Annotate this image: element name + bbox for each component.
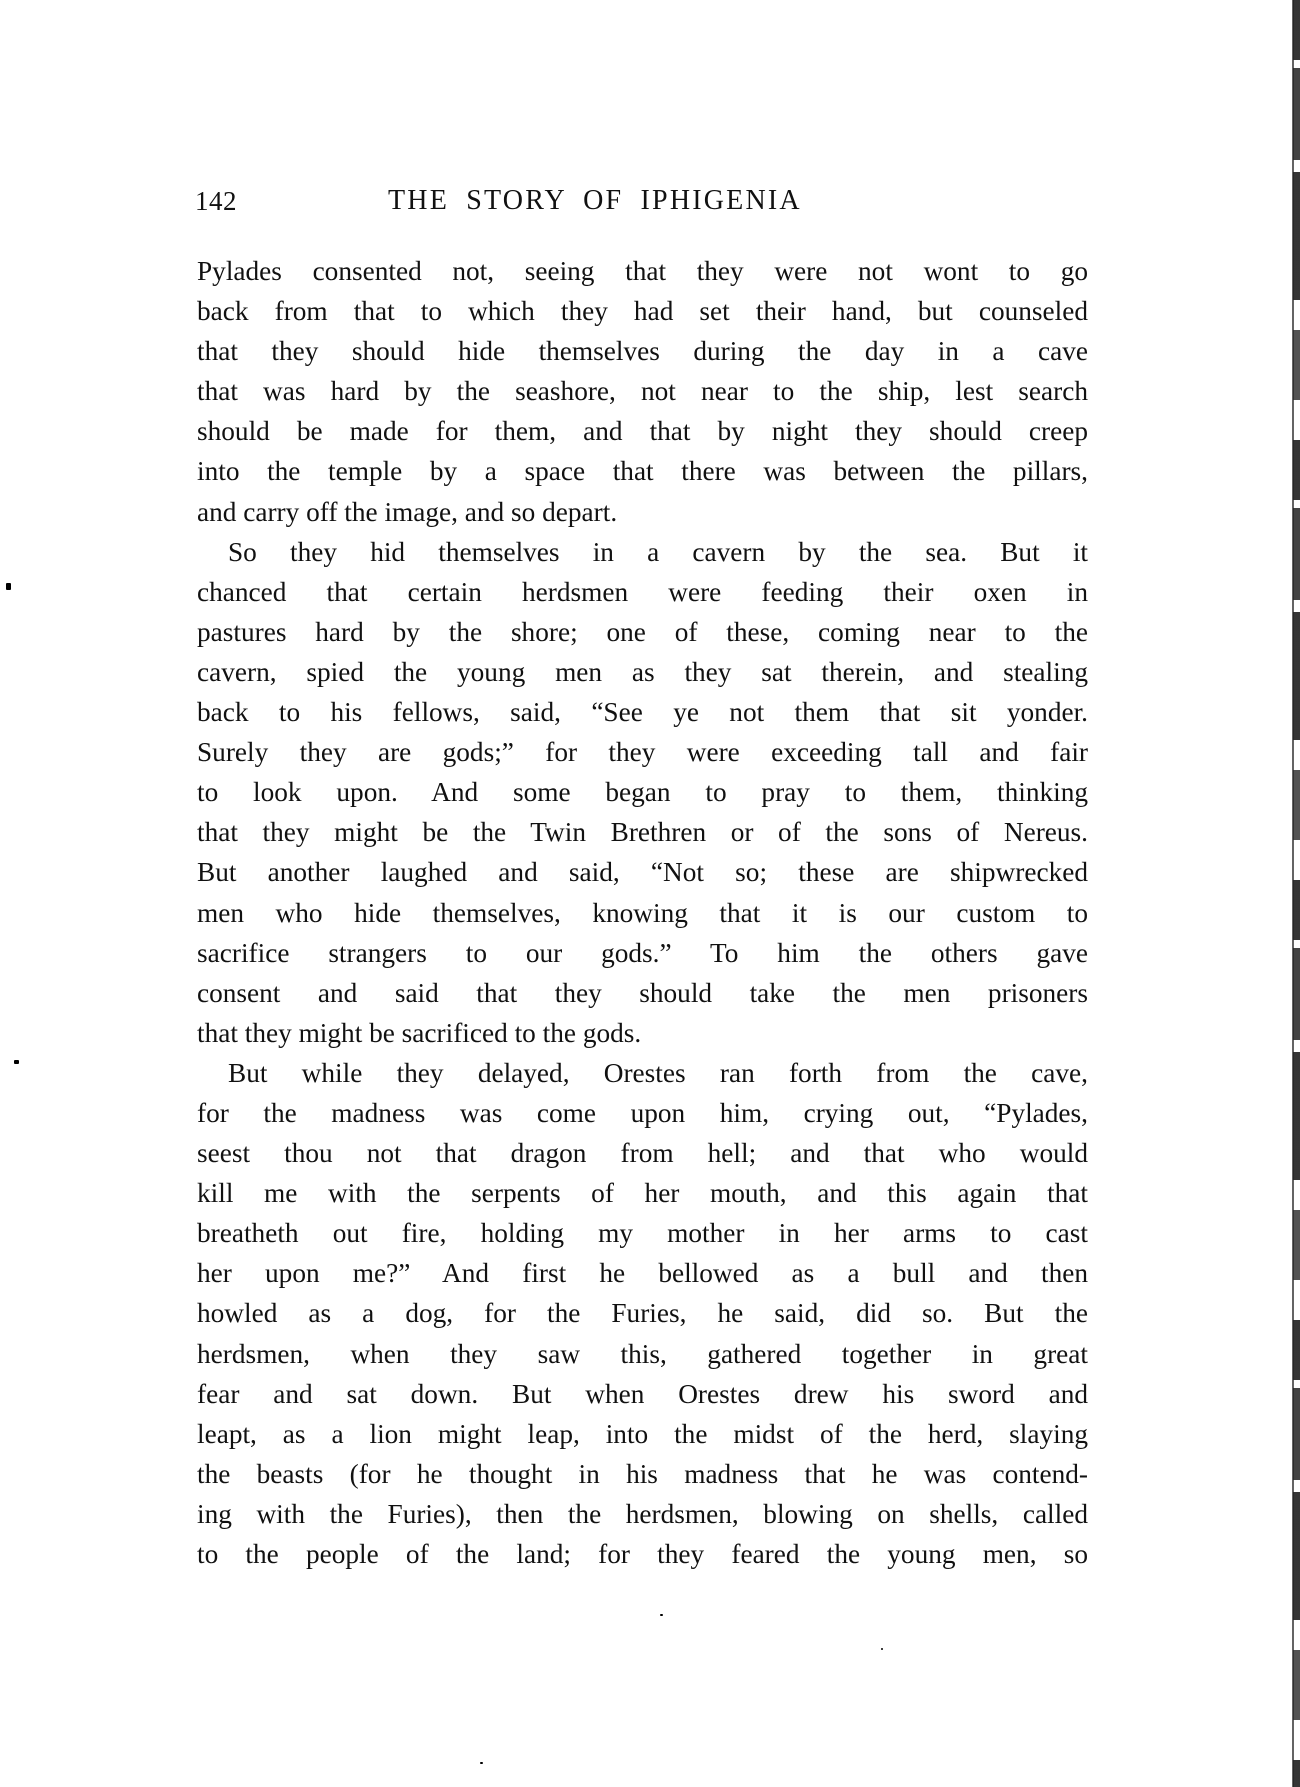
text-line: Pylades consented not, seeing that they … <box>197 251 1088 291</box>
text-line: to look upon. And some began to pray to … <box>197 772 1088 812</box>
text-line: ing with the Furies), then the herdsmen,… <box>197 1494 1088 1534</box>
text-line: should be made for them, and that by nig… <box>197 411 1088 451</box>
text-line: leapt, as a lion might leap, into the mi… <box>197 1414 1088 1454</box>
text-line: that they should hide themselves during … <box>197 331 1088 371</box>
scan-speck <box>881 1648 883 1650</box>
body-text: Pylades consented not, seeing that they … <box>197 251 1088 1574</box>
text-line: But while they delayed, Orestes ran fort… <box>197 1053 1088 1093</box>
text-line: to the people of the land; for they fear… <box>197 1534 1088 1574</box>
text-line: back to his fellows, said, “See ye not t… <box>197 692 1088 732</box>
text-line: So they hid themselves in a cavern by th… <box>197 532 1088 572</box>
text-line: But another laughed and said, “Not so; t… <box>197 852 1088 892</box>
text-line: fear and sat down. But when Orestes drew… <box>197 1374 1088 1414</box>
scan-speck <box>6 583 11 590</box>
text-line: men who hide themselves, knowing that it… <box>197 893 1088 933</box>
running-title: THE STORY OF IPHIGENIA <box>388 184 802 218</box>
text-line: that was hard by the seashore, not near … <box>197 371 1088 411</box>
scan-edge-line <box>1292 0 1294 1787</box>
text-line: Surely they are gods;” for they were exc… <box>197 732 1088 772</box>
scan-speck <box>14 1060 19 1064</box>
text-line: sacrifice strangers to our gods.” To him… <box>197 933 1088 973</box>
text-line: howled as a dog, for the Furies, he said… <box>197 1293 1088 1333</box>
text-line: kill me with the serpents of her mouth, … <box>197 1173 1088 1213</box>
text-line: herdsmen, when they saw this, gathered t… <box>197 1334 1088 1374</box>
page-number: 142 <box>195 184 237 218</box>
book-page: 142 THE STORY OF IPHIGENIA Pylades conse… <box>0 0 1300 1787</box>
text-line: seest thou not that dragon from hell; an… <box>197 1133 1088 1173</box>
paragraph-3: But while they delayed, Orestes ran fort… <box>197 1053 1088 1574</box>
scan-speck <box>660 1614 663 1616</box>
text-line: the beasts (for he thought in his madnes… <box>197 1454 1088 1494</box>
text-line: that they might be sacrificed to the god… <box>197 1013 1088 1053</box>
running-head: 142 THE STORY OF IPHIGENIA <box>195 184 1090 218</box>
paragraph-2: So they hid themselves in a cavern by th… <box>197 532 1088 1053</box>
text-line: pastures hard by the shore; one of these… <box>197 612 1088 652</box>
text-line: and carry off the image, and so depart. <box>197 492 1088 532</box>
text-line: back from that to which they had set the… <box>197 291 1088 331</box>
text-line: breatheth out fire, holding my mother in… <box>197 1213 1088 1253</box>
text-line: cavern, spied the young men as they sat … <box>197 652 1088 692</box>
text-line: into the temple by a space that there wa… <box>197 451 1088 491</box>
text-line: consent and said that they should take t… <box>197 973 1088 1013</box>
scan-edge-border <box>1293 0 1300 1787</box>
text-line: chanced that certain herdsmen were feedi… <box>197 572 1088 612</box>
text-line: her upon me?” And first he bellowed as a… <box>197 1253 1088 1293</box>
text-line: that they might be the Twin Brethren or … <box>197 812 1088 852</box>
text-line: for the madness was come upon him, cryin… <box>197 1093 1088 1133</box>
paragraph-1: Pylades consented not, seeing that they … <box>197 251 1088 532</box>
scan-speck <box>480 1762 483 1764</box>
